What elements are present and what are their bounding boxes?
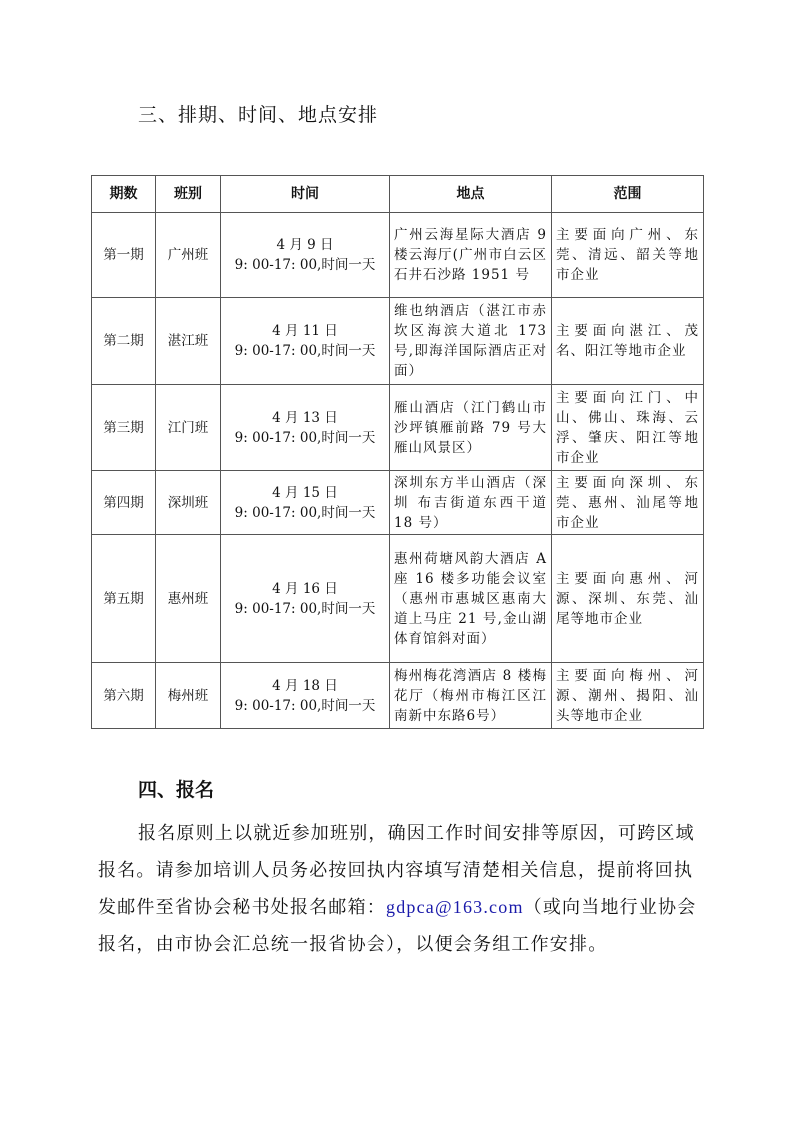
cell-scope: 主要面向湛江、茂名、阳江等地市企业 bbox=[552, 298, 704, 385]
table-row: 第三期 江门班 4 月 13 日9: 00-17: 00,时间一天 雁山酒店（江… bbox=[92, 385, 704, 471]
cell-date: 4 月 11 日 bbox=[225, 321, 385, 341]
header-period: 期数 bbox=[92, 176, 156, 213]
cell-class: 江门班 bbox=[156, 385, 221, 471]
cell-hours: 9: 00-17: 00,时间一天 bbox=[225, 599, 385, 619]
cell-location: 广州云海星际大酒店 9 楼云海厅(广州市白云区石井石沙路 1951 号 bbox=[390, 213, 552, 298]
cell-date: 4 月 13 日 bbox=[225, 408, 385, 428]
cell-class: 梅州班 bbox=[156, 663, 221, 729]
cell-scope: 主要面向江门、中山、佛山、珠海、云浮、肇庆、阳江等地市企业 bbox=[552, 385, 704, 471]
section-heading-registration: 四、报名 bbox=[138, 775, 214, 802]
registration-email-link[interactable]: gdpca@163.com bbox=[386, 897, 524, 917]
cell-location: 深圳东方半山酒店（深圳 布吉街道东西干道 18 号） bbox=[390, 471, 552, 535]
table-row: 第四期 深圳班 4 月 15 日9: 00-17: 00,时间一天 深圳东方半山… bbox=[92, 471, 704, 535]
cell-scope: 主要面向梅州、河源、潮州、揭阳、汕头等地市企业 bbox=[552, 663, 704, 729]
cell-hours: 9: 00-17: 00,时间一天 bbox=[225, 255, 385, 275]
cell-time: 4 月 18 日9: 00-17: 00,时间一天 bbox=[221, 663, 390, 729]
cell-hours: 9: 00-17: 00,时间一天 bbox=[225, 503, 385, 523]
header-location: 地点 bbox=[390, 176, 552, 213]
cell-location: 梅州梅花湾酒店 8 楼梅花厅（梅州市梅江区江南新中东路6号） bbox=[390, 663, 552, 729]
cell-period: 第二期 bbox=[92, 298, 156, 385]
cell-period: 第四期 bbox=[92, 471, 156, 535]
cell-date: 4 月 18 日 bbox=[225, 676, 385, 696]
cell-time: 4 月 16 日9: 00-17: 00,时间一天 bbox=[221, 535, 390, 663]
table-row: 第六期 梅州班 4 月 18 日9: 00-17: 00,时间一天 梅州梅花湾酒… bbox=[92, 663, 704, 729]
cell-hours: 9: 00-17: 00,时间一天 bbox=[225, 341, 385, 361]
cell-date: 4 月 15 日 bbox=[225, 483, 385, 503]
schedule-table: 期数 班别 时间 地点 范围 第一期 广州班 4 月 9 日9: 00-17: … bbox=[91, 175, 704, 729]
cell-period: 第五期 bbox=[92, 535, 156, 663]
cell-date: 4 月 16 日 bbox=[225, 579, 385, 599]
cell-scope: 主要面向深圳、东莞、惠州、汕尾等地市企业 bbox=[552, 471, 704, 535]
cell-period: 第一期 bbox=[92, 213, 156, 298]
header-class: 班别 bbox=[156, 176, 221, 213]
cell-class: 惠州班 bbox=[156, 535, 221, 663]
cell-date: 4 月 9 日 bbox=[225, 235, 385, 255]
cell-time: 4 月 13 日9: 00-17: 00,时间一天 bbox=[221, 385, 390, 471]
registration-paragraph: 报名原则上以就近参加班别，确因工作时间安排等原因，可跨区域报名。请参加培训人员务… bbox=[98, 815, 708, 963]
table-row: 第一期 广州班 4 月 9 日9: 00-17: 00,时间一天 广州云海星际大… bbox=[92, 213, 704, 298]
cell-hours: 9: 00-17: 00,时间一天 bbox=[225, 696, 385, 716]
cell-time: 4 月 9 日9: 00-17: 00,时间一天 bbox=[221, 213, 390, 298]
cell-time: 4 月 15 日9: 00-17: 00,时间一天 bbox=[221, 471, 390, 535]
cell-period: 第六期 bbox=[92, 663, 156, 729]
cell-hours: 9: 00-17: 00,时间一天 bbox=[225, 428, 385, 448]
cell-scope: 主要面向惠州、河源、深圳、东莞、汕尾等地市企业 bbox=[552, 535, 704, 663]
header-time: 时间 bbox=[221, 176, 390, 213]
cell-scope: 主要面向广州、东莞、清远、韶关等地市企业 bbox=[552, 213, 704, 298]
cell-class: 湛江班 bbox=[156, 298, 221, 385]
cell-location: 惠州荷塘风韵大酒店 A 座 16 楼多功能会议室（惠州市惠城区惠南大道上马庄 2… bbox=[390, 535, 552, 663]
table-row: 第五期 惠州班 4 月 16 日9: 00-17: 00,时间一天 惠州荷塘风韵… bbox=[92, 535, 704, 663]
cell-class: 深圳班 bbox=[156, 471, 221, 535]
cell-location: 雁山酒店（江门鹤山市沙坪镇雁前路 79 号大雁山风景区） bbox=[390, 385, 552, 471]
table-row: 第二期 湛江班 4 月 11 日9: 00-17: 00,时间一天 维也纳酒店（… bbox=[92, 298, 704, 385]
header-scope: 范围 bbox=[552, 176, 704, 213]
cell-time: 4 月 11 日9: 00-17: 00,时间一天 bbox=[221, 298, 390, 385]
table-header-row: 期数 班别 时间 地点 范围 bbox=[92, 176, 704, 213]
cell-period: 第三期 bbox=[92, 385, 156, 471]
section-heading-schedule: 三、排期、时间、地点安排 bbox=[138, 100, 378, 127]
cell-class: 广州班 bbox=[156, 213, 221, 298]
cell-location: 维也纳酒店（湛江市赤坎区海滨大道北 173 号,即海洋国际酒店正对面） bbox=[390, 298, 552, 385]
